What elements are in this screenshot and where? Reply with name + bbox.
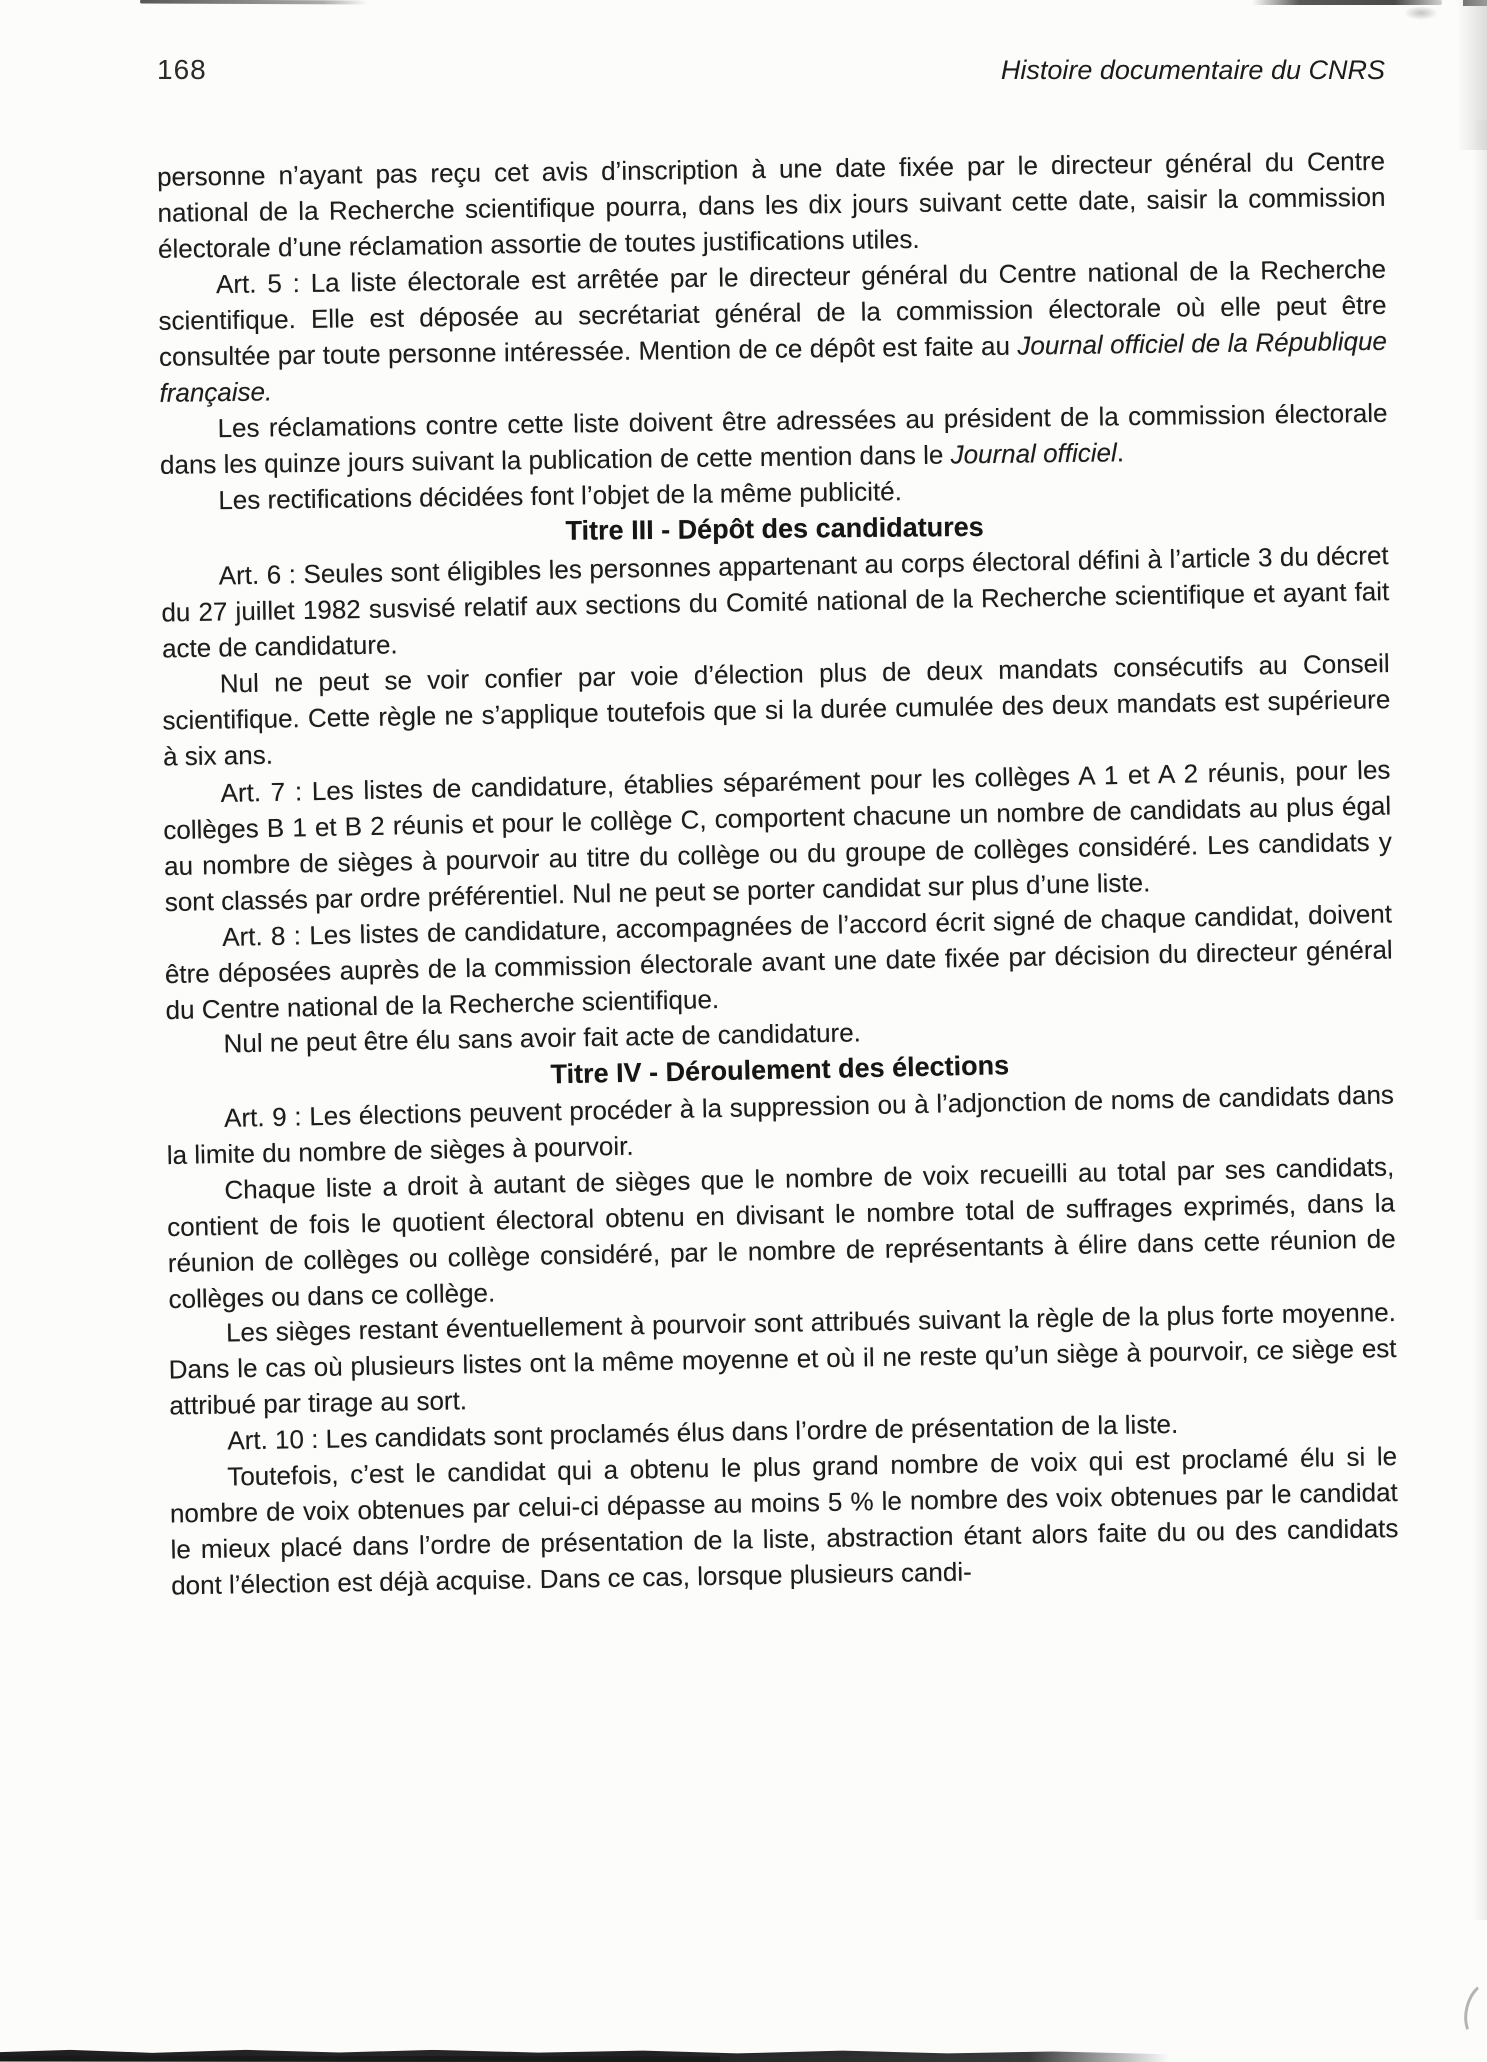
paragraph-text: Toutefois, c’est le candidat qui a obten…: [170, 1441, 1399, 1600]
paragraph-art-9-sieges: Les sièges restant éventuellement à pour…: [168, 1294, 1398, 1423]
text-body: personne n’ayant pas reçu cet avis d’ins…: [157, 145, 1399, 1599]
scan-artifact-curve-mark: [1459, 1979, 1487, 2044]
page-content: 168 Histoire documentaire du CNRS person…: [0, 0, 1487, 1594]
paragraph-text-after: .: [1117, 437, 1125, 467]
paragraph-text: Art. 8 : Les listes de candidature, acco…: [165, 898, 1393, 1025]
paragraph-art-10-toutefois: Toutefois, c’est le candidat qui a obten…: [169, 1438, 1399, 1603]
running-head-title: Histoire documentaire du CNRS: [1001, 55, 1385, 86]
paragraph-art-7: Art. 7 : Les listes de candidature, étab…: [162, 751, 1393, 920]
paragraph-text: Les réclamations contre cette liste doiv…: [160, 398, 1388, 480]
paragraph-text: Les rectifications décidées font l’objet…: [218, 476, 902, 515]
paragraph-text: Art. 6 : Seules sont éligibles les perso…: [161, 540, 1389, 663]
scan-artifact-bottom-band: [0, 2048, 1170, 2062]
paragraph-emphasis: Journal officiel: [950, 437, 1117, 469]
paragraph-text: personne n’ayant pas reçu cet avis d’ins…: [157, 146, 1386, 264]
scan-artifact-bottom-band-inner: [0, 2056, 720, 2062]
scanned-page: 168 Histoire documentaire du CNRS person…: [0, 0, 1487, 2062]
page-number: 168: [157, 54, 207, 86]
paragraph-text: Chaque liste a droit à autant de sièges …: [167, 1151, 1396, 1314]
paragraph-continuation: personne n’ayant pas reçu cet avis d’ins…: [157, 143, 1386, 267]
paragraph-text: Les sièges restant éventuellement à pour…: [168, 1297, 1396, 1420]
paragraph-text: Nul ne peut se voir confier par voie d’é…: [162, 648, 1390, 771]
paragraph-art-6: Art. 6 : Seules sont éligibles les perso…: [160, 537, 1390, 666]
page-header: 168 Histoire documentaire du CNRS: [157, 54, 1385, 86]
paragraph-text: Art. 7 : Les listes de candidature, étab…: [163, 754, 1392, 917]
paragraph-art-5: Art. 5 : La liste électorale est arrêtée…: [158, 251, 1388, 411]
paragraph-art-9-quotient: Chaque liste a droit à autant de sièges …: [166, 1148, 1397, 1317]
